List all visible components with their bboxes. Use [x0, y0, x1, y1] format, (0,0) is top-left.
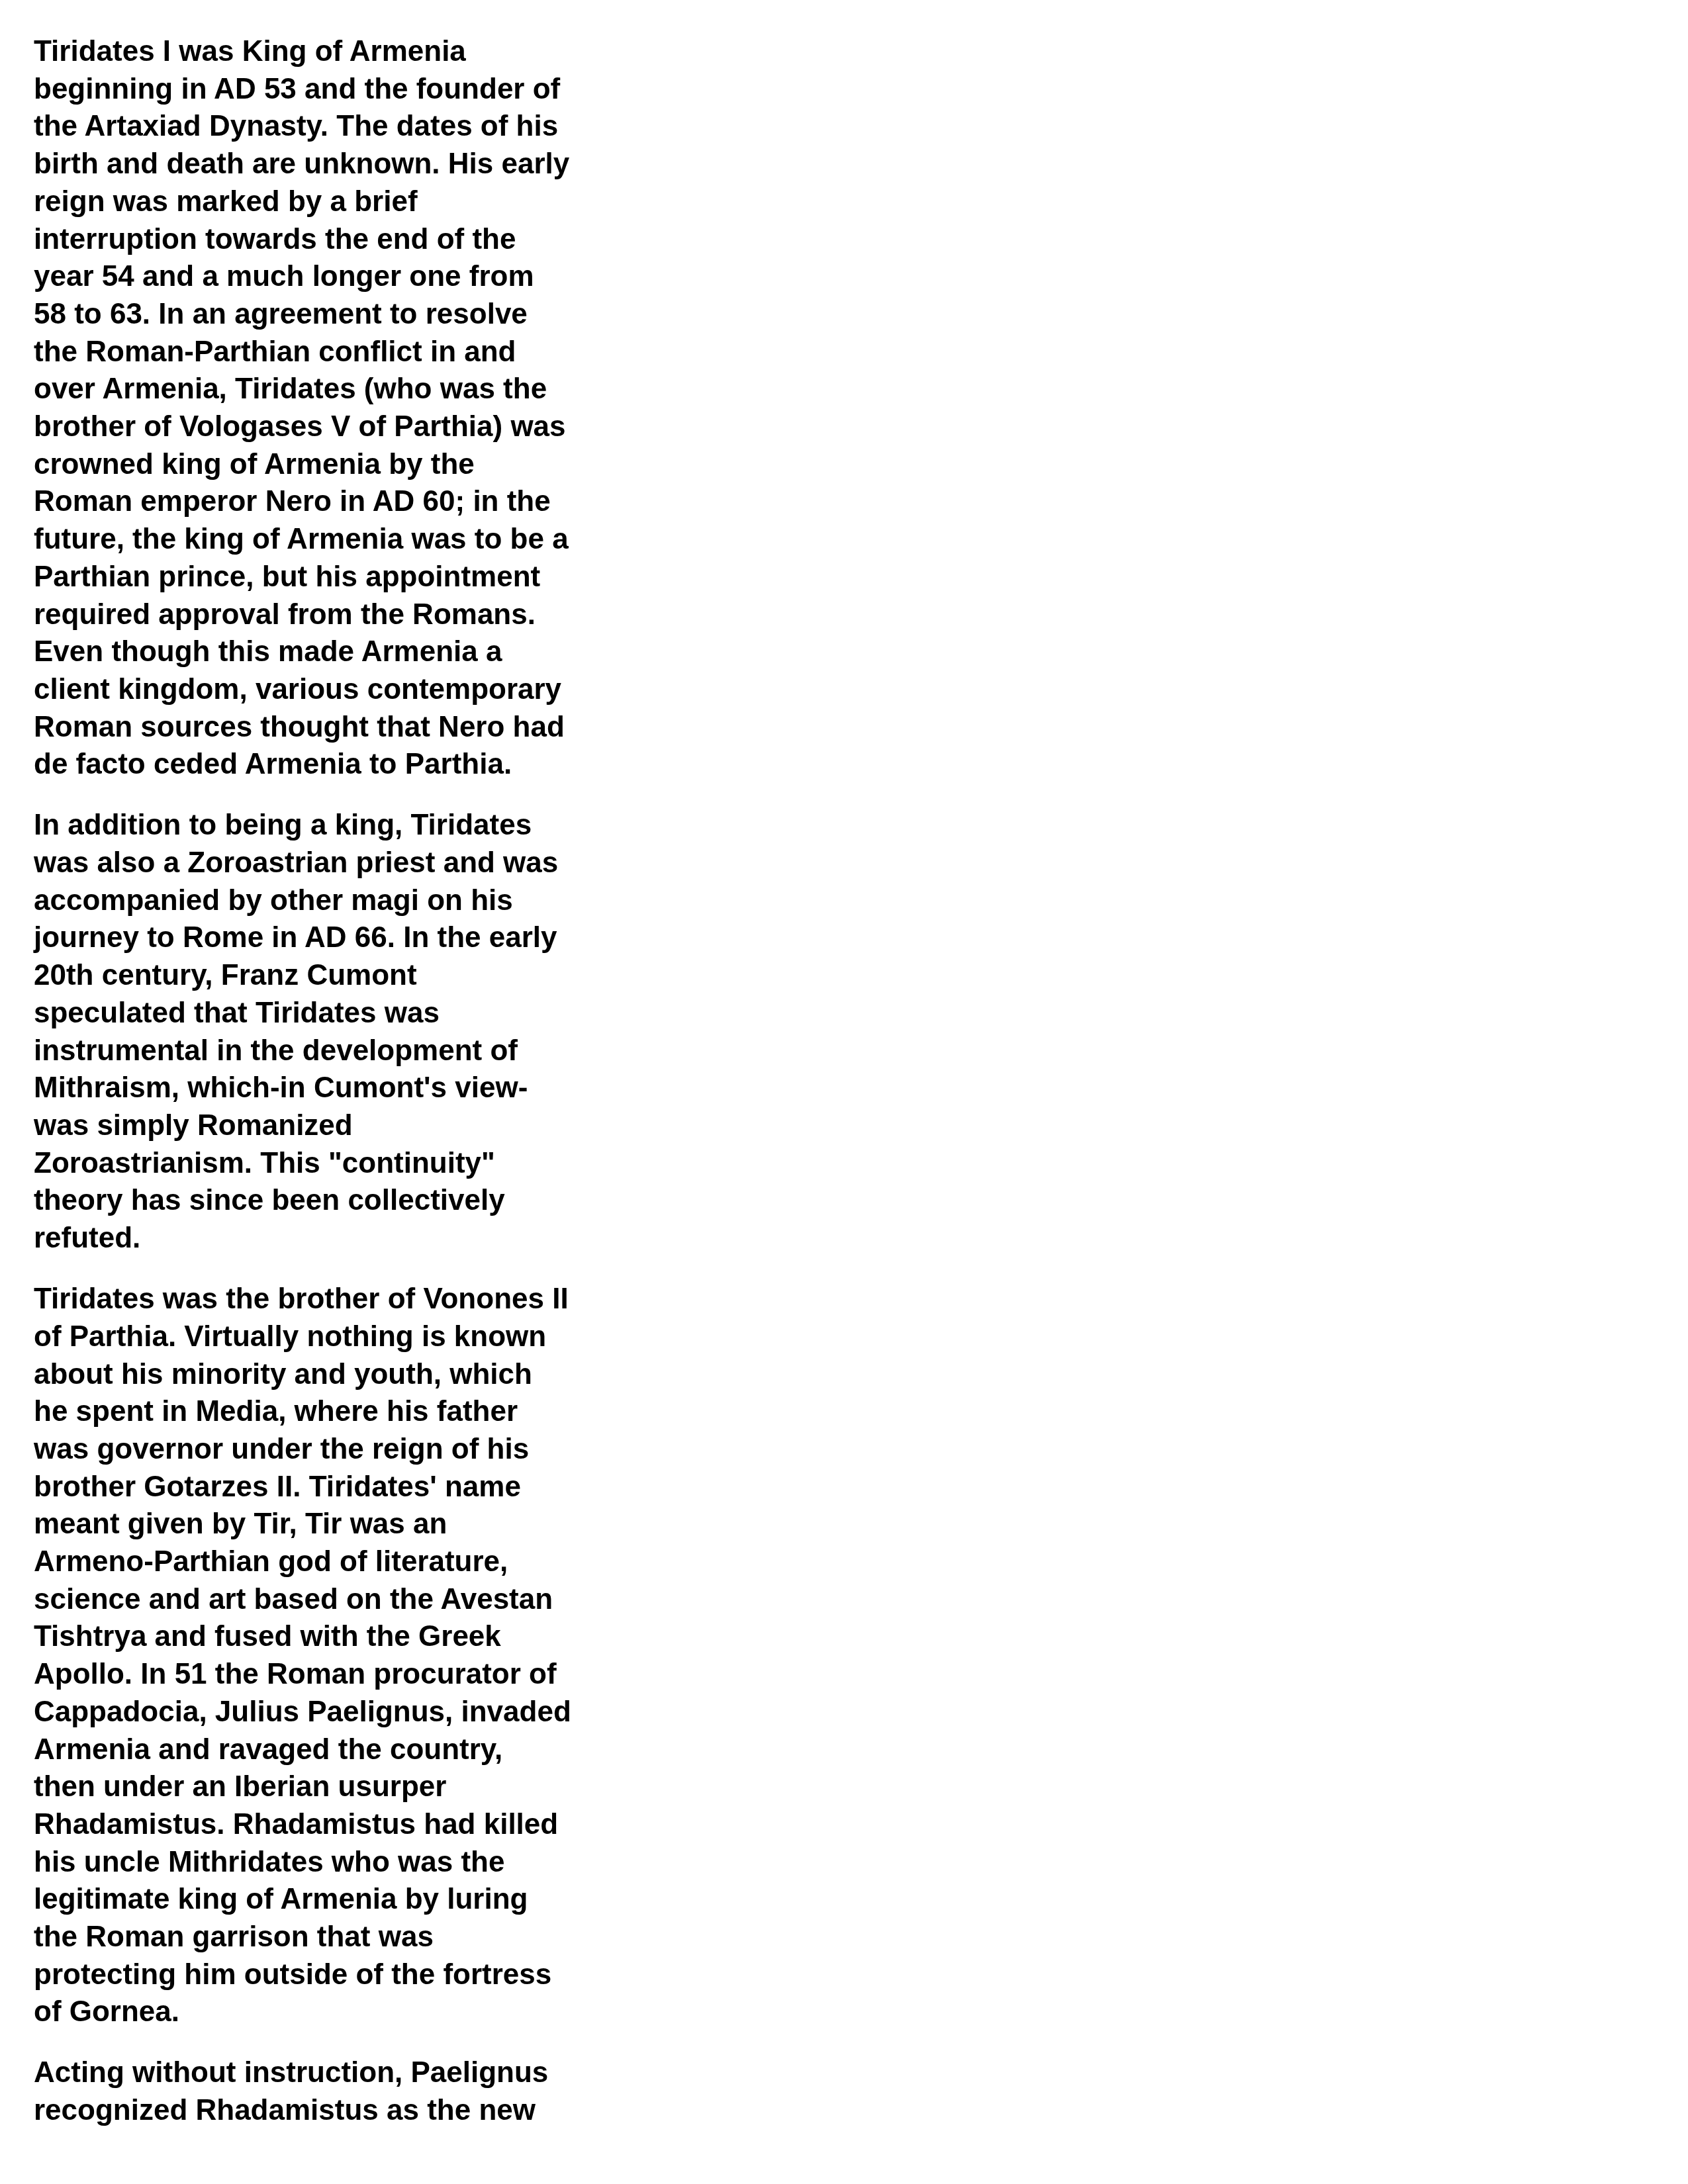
text-line: journey to Rome in AD 66. In the early — [34, 919, 616, 957]
text-line: Roman emperor Nero in AD 60; in the — [34, 483, 616, 521]
text-line: of Parthia. Virtually nothing is known — [34, 1318, 616, 1356]
text-line: Rhadamistus. Rhadamistus had killed — [34, 1806, 616, 1844]
text-line: the Roman garrison that was — [34, 1919, 616, 1956]
text-line: 20th century, Franz Cumont — [34, 957, 616, 995]
text-line: the Artaxiad Dynasty. The dates of his — [34, 108, 616, 146]
text-line: of Gornea. — [34, 1993, 616, 2031]
text-line: crowned king of Armenia by the — [34, 446, 616, 484]
text-line: 58 to 63. In an agreement to resolve — [34, 296, 616, 334]
text-line: In addition to being a king, Tiridates — [34, 807, 616, 844]
text-line: reign was marked by a brief — [34, 183, 616, 221]
text-line: Apollo. In 51 the Roman procurator of — [34, 1656, 616, 1694]
text-line: the Roman-Parthian conflict in and — [34, 334, 616, 371]
text-line: was simply Romanized — [34, 1107, 616, 1145]
text-line: client kingdom, various contemporary — [34, 671, 616, 709]
text-line: Tiridates I was King of Armenia — [34, 33, 616, 71]
text-line: brother of Vologases V of Parthia) was — [34, 408, 616, 446]
paragraph-1: Tiridates I was King of Armenia beginnin… — [34, 33, 616, 784]
text-line: Zoroastrianism. This "continuity" — [34, 1145, 616, 1183]
text-line: then under an Iberian usurper — [34, 1768, 616, 1806]
text-line: interruption towards the end of the — [34, 221, 616, 259]
text-line: Roman sources thought that Nero had — [34, 709, 616, 747]
text-line: was also a Zoroastrian priest and was — [34, 844, 616, 882]
document-body: Tiridates I was King of Armenia beginnin… — [34, 33, 616, 2153]
text-line: about his minority and youth, which — [34, 1356, 616, 1394]
text-line: Cappadocia, Julius Paelignus, invaded — [34, 1694, 616, 1731]
text-line: speculated that Tiridates was — [34, 995, 616, 1032]
text-line: accompanied by other magi on his — [34, 882, 616, 920]
text-line: brother Gotarzes II. Tiridates' name — [34, 1469, 616, 1506]
text-line: Armenia and ravaged the country, — [34, 1731, 616, 1769]
text-line: beginning in AD 53 and the founder of — [34, 71, 616, 109]
paragraph-3: Tiridates was the brother of Vonones II … — [34, 1281, 616, 2031]
text-line: Mithraism, which-in Cumont's view- — [34, 1069, 616, 1107]
text-line: was governor under the reign of his — [34, 1431, 616, 1469]
text-line: he spent in Media, where his father — [34, 1393, 616, 1431]
text-line: meant given by Tir, Tir was an — [34, 1506, 616, 1543]
text-line: de facto ceded Armenia to Parthia. — [34, 746, 616, 784]
text-line: theory has since been collectively — [34, 1182, 616, 1220]
text-line: Armeno-Parthian god of literature, — [34, 1543, 616, 1581]
text-line: science and art based on the Avestan — [34, 1581, 616, 1619]
text-line: Acting without instruction, Paelignus — [34, 2054, 616, 2092]
text-line: Tishtrya and fused with the Greek — [34, 1618, 616, 1656]
paragraph-2: In addition to being a king, Tiridates w… — [34, 807, 616, 1257]
text-line: future, the king of Armenia was to be a — [34, 521, 616, 559]
text-line: year 54 and a much longer one from — [34, 258, 616, 296]
text-line: birth and death are unknown. His early — [34, 146, 616, 183]
text-line: Tiridates was the brother of Vonones II — [34, 1281, 616, 1318]
text-line: his uncle Mithridates who was the — [34, 1844, 616, 1882]
text-line: Even though this made Armenia a — [34, 633, 616, 671]
text-line: Parthian prince, but his appointment — [34, 559, 616, 596]
text-line: refuted. — [34, 1220, 616, 1257]
text-line: instrumental in the development of — [34, 1032, 616, 1070]
text-line: required approval from the Romans. — [34, 596, 616, 634]
text-line: protecting him outside of the fortress — [34, 1956, 616, 1994]
text-line: legitimate king of Armenia by luring — [34, 1881, 616, 1919]
document-page: Tiridates I was King of Armenia beginnin… — [0, 0, 1688, 2184]
text-line: recognized Rhadamistus as the new — [34, 2092, 616, 2130]
paragraph-4: Acting without instruction, Paelignus re… — [34, 2054, 616, 2129]
text-line: over Armenia, Tiridates (who was the — [34, 371, 616, 408]
